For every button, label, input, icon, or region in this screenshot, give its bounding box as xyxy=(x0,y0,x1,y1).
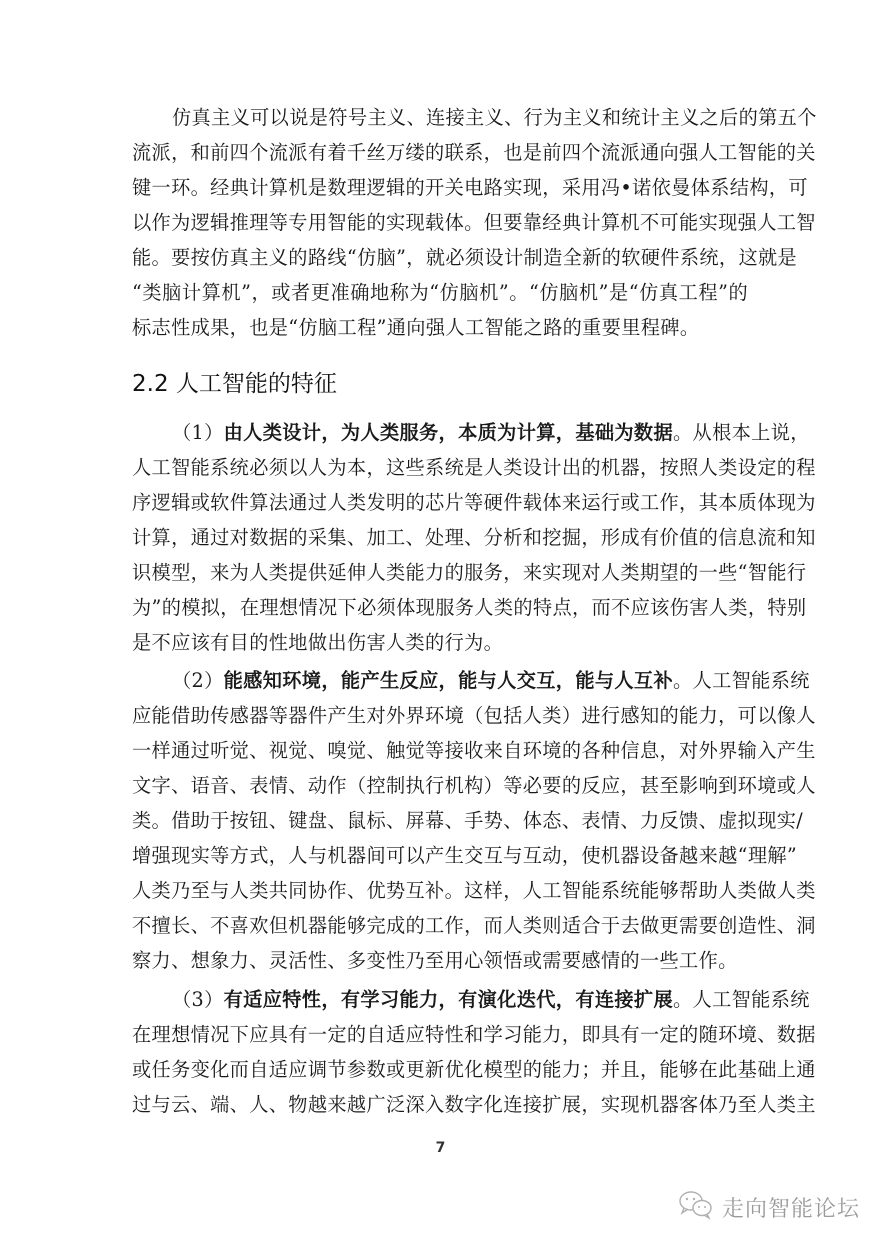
text-line-first: （3）有适应特性，有学习能力，有演化迭代，有连接扩展。人工智能系统 xyxy=(132,982,748,1017)
item-number: （3） xyxy=(172,988,224,1011)
text-line: 人类乃至与人类共同协作、优势互补。这样，人工智能系统能够帮助人类做人类 xyxy=(132,873,748,908)
text-line: 能。要按仿真主义的路线“仿脑”，就必须设计制造全新的软硬件系统，这就是 xyxy=(132,240,748,275)
text-line: 流派，和前四个流派有着千丝万缕的联系，也是前四个流派通向强人工智能的关 xyxy=(132,135,748,170)
feature-title: 能感知环境，能产生反应，能与人交互，能与人互补 xyxy=(224,669,673,692)
feature-title: 有适应特性，有学习能力，有演化迭代，有连接扩展 xyxy=(224,988,673,1011)
text-line: 键一环。经典计算机是数理逻辑的开关电路实现，采用冯•诺依曼体系结构，可 xyxy=(132,170,748,205)
feature-title: 由人类设计，为人类服务，本质为计算，基础为数据 xyxy=(224,421,673,444)
text-line: 过与云、端、人、物越来越广泛深入数字化连接扩展，实现机器客体乃至人类主 xyxy=(132,1087,748,1122)
item-number: （2） xyxy=(172,669,224,692)
text-line: 识模型，来为人类提供延伸人类能力的服务，来实现对人类期望的一些“智能行 xyxy=(132,555,748,590)
text-line: 类。借助于按钮、键盘、鼠标、屏幕、手势、体态、表情、力反馈、虚拟现实/ xyxy=(132,803,748,838)
text-line: 增强现实等方式，人与机器间可以产生交互与互动，使机器设备越来越“理解” xyxy=(132,838,748,873)
text-fragment: 。人工智能系统 xyxy=(673,669,810,692)
text-line: 以作为逻辑推理等专用智能的实现载体。但要靠经典计算机不可能实现强人工智 xyxy=(132,205,748,240)
watermark-text: 走向智能论坛 xyxy=(722,1192,860,1223)
text-line-first: （2）能感知环境，能产生反应，能与人交互，能与人互补。人工智能系统 xyxy=(132,663,748,698)
wechat-icon xyxy=(678,1190,714,1224)
text-line: 文字、语音、表情、动作（控制执行机构）等必要的反应，甚至影响到环境或人 xyxy=(132,768,748,803)
text-line: 序逻辑或软件算法通过人类发明的芯片等硬件载体来运行或工作，其本质体现为 xyxy=(132,485,748,520)
text-line: 是不应该有目的性地做出伤害人类的行为。 xyxy=(132,625,748,660)
paragraph-feature-2: （2）能感知环境，能产生反应，能与人交互，能与人互补。人工智能系统 应能借助传感… xyxy=(132,663,748,978)
section-heading: 2.2 人工智能的特征 xyxy=(132,366,337,402)
text-line-first: （1）由人类设计，为人类服务，本质为计算，基础为数据。从根本上说， xyxy=(132,415,748,450)
watermark: 走向智能论坛 xyxy=(678,1190,860,1224)
paragraph-feature-3: （3）有适应特性，有学习能力，有演化迭代，有连接扩展。人工智能系统 在理想情况下… xyxy=(132,982,748,1122)
text-line: “类脑计算机”，或者更准确地称为“仿脑机”。“仿脑机”是“仿真工程”的 xyxy=(132,275,748,310)
paragraph-intro: 仿真主义可以说是符号主义、连接主义、行为主义和统计主义之后的第五个 流派，和前四… xyxy=(132,100,748,345)
item-number: （1） xyxy=(172,421,224,444)
page-number: 7 xyxy=(0,1140,881,1156)
text-fragment: 。人工智能系统 xyxy=(673,988,810,1011)
text-line: 仿真主义可以说是符号主义、连接主义、行为主义和统计主义之后的第五个 xyxy=(132,100,748,135)
paragraph-feature-1: （1）由人类设计，为人类服务，本质为计算，基础为数据。从根本上说， 人工智能系统… xyxy=(132,415,748,660)
text-line: 应能借助传感器等器件产生对外界环境（包括人类）进行感知的能力，可以像人 xyxy=(132,698,748,733)
text-line: 不擅长、不喜欢但机器能够完成的工作，而人类则适合于去做更需要创造性、洞 xyxy=(132,908,748,943)
text-line: 人工智能系统必须以人为本，这些系统是人类设计出的机器，按照人类设定的程 xyxy=(132,450,748,485)
text-line: 察力、想象力、灵活性、多变性乃至用心领悟或需要感情的一些工作。 xyxy=(132,943,748,978)
text-line: 一样通过听觉、视觉、嗅觉、触觉等接收来自环境的各种信息，对外界输入产生 xyxy=(132,733,748,768)
text-line: 标志性成果，也是“仿脑工程”通向强人工智能之路的重要里程碑。 xyxy=(132,310,748,345)
text-line: 计算，通过对数据的采集、加工、处理、分析和挖掘，形成有价值的信息流和知 xyxy=(132,520,748,555)
text-fragment: 。从根本上说， xyxy=(673,421,810,444)
text-line: 或任务变化而自适应调节参数或更新优化模型的能力；并且，能够在此基础上通 xyxy=(132,1052,748,1087)
text-line: 在理想情况下应具有一定的自适应特性和学习能力，即具有一定的随环境、数据 xyxy=(132,1017,748,1052)
text-line: 为”的模拟，在理想情况下必须体现服务人类的特点，而不应该伤害人类，特别 xyxy=(132,590,748,625)
document-page: 仿真主义可以说是符号主义、连接主义、行为主义和统计主义之后的第五个 流派，和前四… xyxy=(0,0,881,1245)
